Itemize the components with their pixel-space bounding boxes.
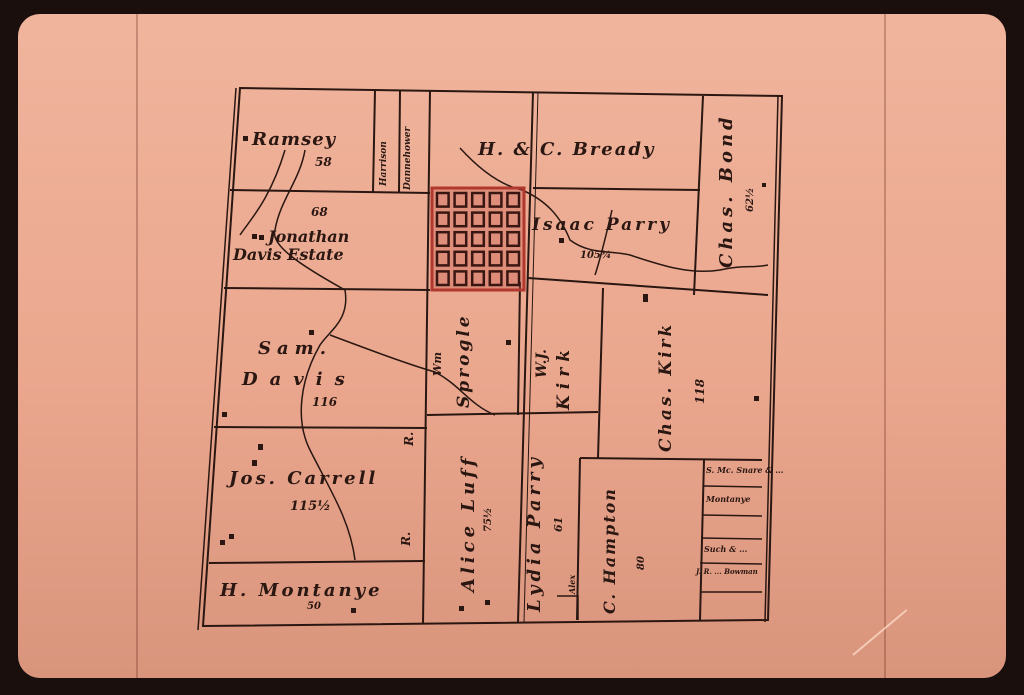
parcel-label-sprogle: Sprogle: [456, 313, 473, 408]
parcel-acres-h-montanye: 50: [307, 602, 321, 612]
parcel-boundaries: [0, 0, 1024, 695]
road-marker-lower: R.: [400, 532, 412, 546]
parcel-label-small-bowman: J. R. ... Bowman: [696, 568, 758, 575]
parcel-label-alice-luff: Alice Luff: [460, 454, 478, 592]
parcel-label-sam: Sam.: [258, 340, 332, 358]
parcel-label-c-hampton: C. Hampton: [602, 487, 618, 614]
parcel-label-harrison: Harrison: [380, 141, 389, 186]
parcel-acres-ramsey: 58: [315, 156, 332, 168]
parcel-label-small-montanye: Montanye: [706, 495, 750, 503]
parcel-label-isaac-parry: Isaac Parry: [532, 217, 672, 234]
town-grid: [432, 188, 524, 290]
parcel-acres-alice-luff: 75½: [484, 508, 494, 532]
parcel-label-wj-kirk: Kirk: [556, 344, 573, 410]
parcel-acres-c-hampton: 80: [637, 556, 647, 570]
parcel-acres-jonathan-davis: 68: [311, 206, 328, 218]
parcel-label-small-s-mc: S. Mc. Snare & ...: [706, 466, 784, 474]
plat-map: Ramsey 58 Harrison Dannehower H. & C. Br…: [0, 0, 1024, 695]
parcel-label-chas-kirk: Chas. Kirk: [658, 322, 675, 452]
parcel-label-ramsey: Ramsey: [252, 131, 336, 149]
parcel-label-lydia-parry: Lydia Parry: [526, 454, 544, 612]
parcel-label-davis: Davis: [242, 371, 357, 389]
parcel-label-wj: W.J.: [535, 349, 549, 378]
parcel-acres-lydia-parry: 61: [553, 517, 564, 532]
road-marker-upper: R.: [403, 432, 415, 446]
parcel-label-jonathan: Jonathan: [268, 229, 349, 245]
parcel-label-chas-bond: Chas. Bond: [718, 113, 736, 268]
parcel-label-wm: Wm: [432, 352, 443, 376]
parcel-label-small-alex: Alex: [568, 575, 576, 594]
parcel-label-jos-carrell: Jos. Carrell: [229, 470, 378, 488]
parcel-acres-isaac-parry: 105¾: [580, 251, 611, 261]
parcel-acres-jos-carrell: 115½: [290, 500, 331, 513]
parcel-label-h-montanye: H. Montanye: [220, 582, 383, 600]
parcel-acres-chas-bond: 62½: [746, 188, 756, 212]
parcel-label-bready: H. & C. Bready: [478, 141, 655, 159]
parcel-label-dannehower: Dannehower: [404, 127, 413, 190]
parcel-label-small-such: Such & ...: [704, 545, 747, 553]
parcel-acres-sam-davis: 116: [312, 396, 337, 408]
parcel-label-davis-estate: Davis Estate: [233, 247, 344, 263]
parcel-acres-chas-kirk: 118: [694, 379, 706, 404]
